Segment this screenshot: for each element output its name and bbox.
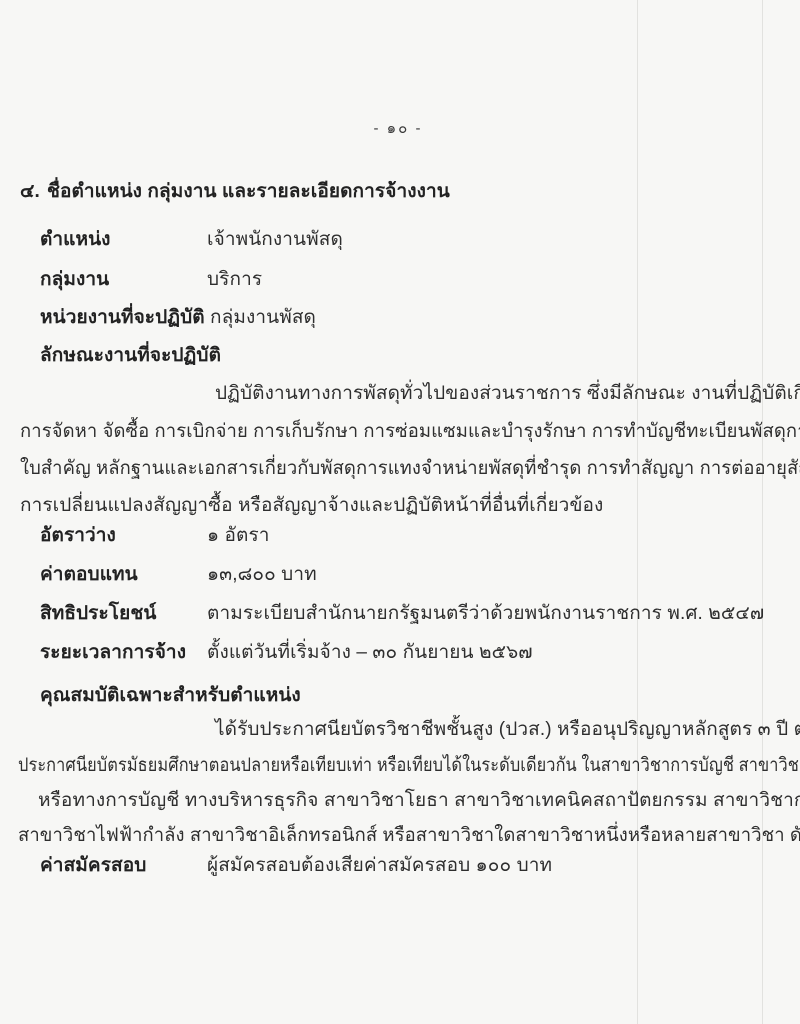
duties-heading: ลักษณะงานที่จะปฏิบัติ	[40, 342, 221, 370]
employment-period-value: ตั้งแต่วันที่เริ่มจ้าง – ๓๐ กันยายน ๒๕๖๗	[207, 639, 533, 667]
duties-line-3: ใบสำคัญ หลักฐานและเอกสารเกี่ยวกับพัสดุกา…	[20, 455, 800, 483]
workgroup-label: กลุ่มงาน	[40, 266, 109, 294]
unit-label: หน่วยงานที่จะปฏิบัติ	[40, 304, 205, 332]
qualifications-line-3: หรือทางการบัญชี ทางบริหารธุรกิจ สาขาวิชา…	[38, 787, 800, 815]
duties-line-1: ปฏิบัติงานทางการพัสดุทั่วไปของส่วนราชการ…	[215, 380, 800, 408]
unit-value: กลุ่มงานพัสดุ	[210, 304, 316, 332]
workgroup-value: บริการ	[207, 266, 262, 294]
page-number: - ๑๐ -	[328, 116, 468, 140]
vacancy-value: ๑ อัตรา	[207, 522, 270, 550]
duties-line-2: การจัดหา จัดซื้อ การเบิกจ่าย การเก็บรักษ…	[20, 418, 800, 446]
application-fee-value: ผู้สมัครสอบต้องเสียค่าสมัครสอบ ๑๐๐ บาท	[207, 852, 552, 880]
section-title: ชื่อตำแหน่ง กลุ่มงาน และรายละเอียดการจ้า…	[47, 178, 450, 206]
vacancy-label: อัตราว่าง	[40, 522, 116, 550]
application-fee-label: ค่าสมัครสอบ	[40, 852, 146, 880]
benefits-label: สิทธิประโยชน์	[40, 600, 156, 628]
qualifications-line-1: ได้รับประกาศนียบัตรวิชาชีพชั้นสูง (ปวส.)…	[215, 716, 800, 744]
benefits-value: ตามระเบียบสำนักนายกรัฐมนตรีว่าด้วยพนักงา…	[207, 600, 764, 628]
salary-value: ๑๓,๘๐๐ บาท	[207, 561, 317, 589]
scan-artifact-line-right	[762, 0, 763, 1024]
employment-period-label: ระยะเวลาการจ้าง	[40, 639, 186, 667]
duties-line-4: การเปลี่ยนแปลงสัญญาซื้อ หรือสัญญาจ้างและ…	[20, 492, 603, 520]
section-number: ๔.	[20, 178, 40, 206]
qualifications-heading: คุณสมบัติเฉพาะสำหรับตำแหน่ง	[40, 682, 301, 710]
qualifications-line-2: ประกาศนียบัตรมัธยมศึกษาตอนปลายหรือเทียบเ…	[18, 752, 800, 780]
position-label: ตำแหน่ง	[40, 226, 111, 254]
salary-label: ค่าตอบแทน	[40, 561, 138, 589]
position-value: เจ้าพนักงานพัสดุ	[207, 226, 343, 254]
qualifications-line-4: สาขาวิชาไฟฟ้ากำลัง สาขาวิชาอิเล็กทรอนิกส…	[18, 822, 800, 850]
scan-artifact-line-left	[637, 0, 638, 1024]
